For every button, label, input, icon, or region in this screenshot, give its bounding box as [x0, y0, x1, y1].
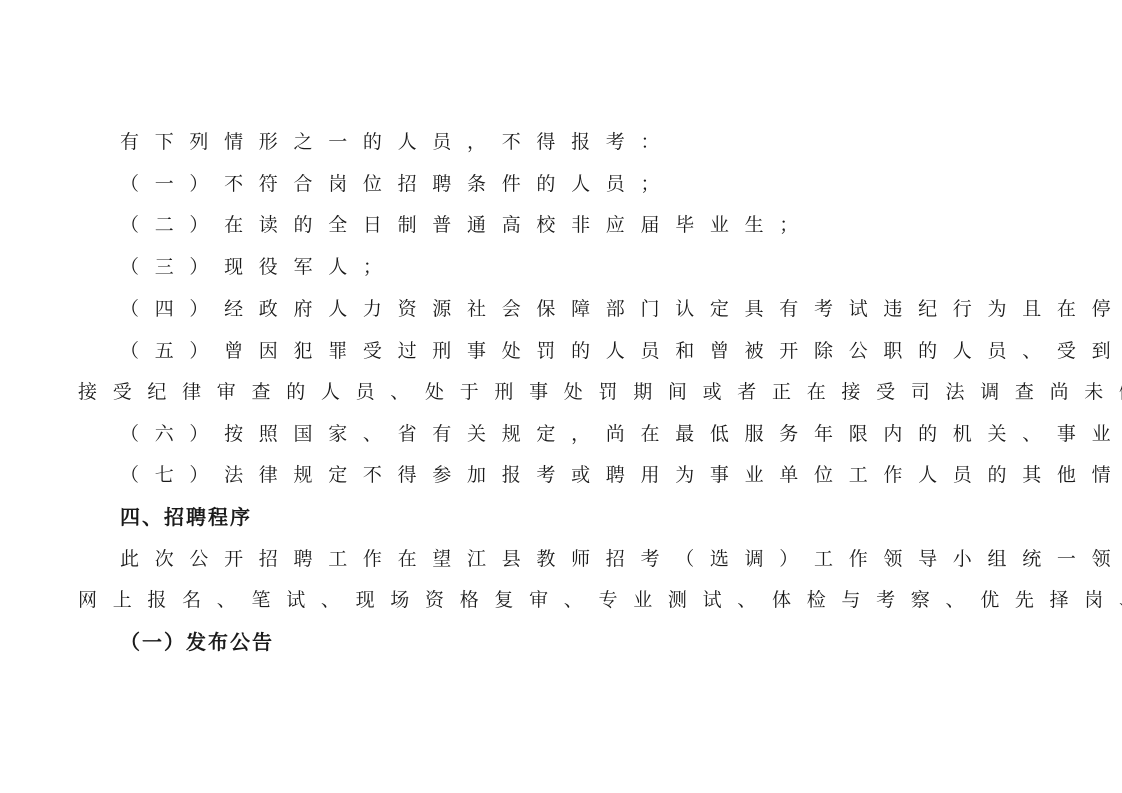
- list-item-1: （一）不符合岗位招聘条件的人员；: [120, 172, 675, 196]
- list-item-4: （四）经政府人力资源社会保障部门认定具有考试违纪行为且在停考期内的人员；: [120, 297, 1122, 321]
- list-item-7: （七）法律规定不得参加报考或聘用为事业单位工作人员的其他情形人员。: [120, 463, 1122, 487]
- list-item-6: （六）按照国家、省有关规定，尚在最低服务年限内的机关、事业单位正式在编工作人员；: [120, 422, 1122, 446]
- list-item-5-continued: 接受纪律审查的人员、处于刑事处罚期间或者正在接受司法调查尚未做出结论的人员；: [78, 380, 1122, 404]
- procedure-paragraph: 此次公开招聘工作在望江县教师招考（选调）工作领导小组统一领导下组织实施，按照发布…: [120, 547, 1122, 571]
- procedure-paragraph-continued: 网上报名、笔试、现场资格复审、专业测试、体检与考察、优先择岗、公示与聘用等程序进…: [78, 588, 1122, 612]
- section-heading-recruitment-procedure: 四、招聘程序: [120, 505, 252, 529]
- list-item-5: （五）曾因犯罪受过刑事处罚的人员和曾被开除公职的人员、受到党纪政纪处分期限未满或…: [120, 339, 1122, 363]
- subsection-heading-publish-announcement: （一）发布公告: [120, 630, 274, 654]
- list-item-3: （三）现役军人；: [120, 255, 398, 279]
- intro-paragraph: 有下列情形之一的人员，不得报考：: [120, 130, 675, 154]
- list-item-2: （二）在读的全日制普通高校非应届毕业生；: [120, 213, 814, 237]
- document-page: 有下列情形之一的人员，不得报考： （一）不符合岗位招聘条件的人员； （二）在读的…: [0, 0, 1122, 793]
